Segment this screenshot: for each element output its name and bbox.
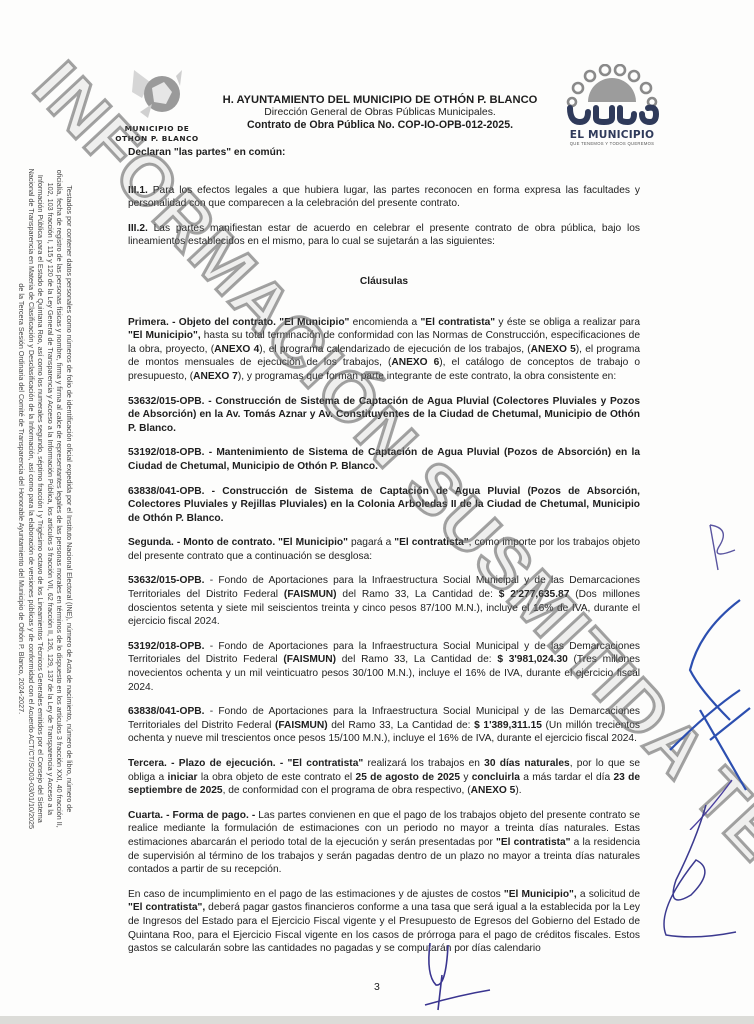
document-page: Testados por contener datos personales c… [0, 0, 754, 1016]
logo-brand-text: EL MUNICIPIO [558, 129, 666, 141]
sun-glyph-icon [562, 64, 662, 126]
margin-note-line: de la Tercera Sesión Ordinaria del Comit… [16, 59, 26, 939]
document-header: H. AYUNTAMIENTO DEL MUNICIPIO DE OTHÓN P… [210, 94, 550, 132]
clause-iii-2: III.2. Las partes manifiestan estar de a… [128, 222, 640, 249]
header-title: H. AYUNTAMIENTO DEL MUNICIPIO DE OTHÓN P… [210, 94, 550, 107]
monto-item: 53192/018-OPB. - Fondo de Aportaciones p… [128, 640, 640, 694]
margin-note-line: 102, 103 fracción I, 115 y 120 de la Ley… [45, 59, 55, 939]
monto-item: 63838/041-OPB. - Fondo de Aportaciones p… [128, 705, 640, 746]
clause-segunda: Segunda. - Monto de contrato. "El Munici… [128, 536, 640, 563]
margin-note-line: Nacional de Transparencia en Materia de … [26, 59, 36, 939]
margin-note-line: Testados por contener datos personales c… [64, 59, 74, 939]
clause-iii-1: III.1. Para los efectos legales a que hu… [128, 184, 640, 211]
municipio-logo: MUNICIPIO DE OTHÓN P. BLANCO [112, 68, 202, 144]
margin-note-line: oficialía, fecha de registro de las pers… [55, 59, 65, 939]
clause-primera: Primera. - Objeto del contrato. "El Muni… [128, 316, 640, 384]
declaration-heading: Declaran "las partes" en común: [128, 146, 640, 160]
initials-signature-2 [660, 590, 754, 830]
header-subtitle: Dirección General de Obras Públicas Muni… [210, 107, 550, 119]
municipio-emblem-icon [130, 68, 184, 120]
obra-item: 63838/041-OPB. - Construcción de Sistema… [128, 485, 640, 526]
initials-signature-3 [636, 800, 754, 940]
obra-item: 53192/018-OPB. - Mantenimiento de Sistem… [128, 446, 640, 473]
initials-signature-1 [690, 520, 750, 580]
clause-cuarta: Cuarta. - Forma de pago. - Las partes co… [128, 809, 640, 877]
clause-tercera: Tercera. - Plazo de ejecución. - "El con… [128, 757, 640, 798]
el-municipio-logo: EL MUNICIPIO QUE TENEMOS Y TODOS QUEREMO… [558, 64, 666, 146]
logo-label-line1: MUNICIPIO DE [112, 124, 202, 134]
clause-incumplimiento: En caso de incumplimiento en el pago de … [128, 888, 640, 956]
obra-item: 53632/015-OPB. - Construcción de Sistema… [128, 395, 640, 436]
margin-note-line: Información Pública para el Estado de Qu… [35, 59, 45, 939]
logo-label-line2: OTHÓN P. BLANCO [112, 134, 202, 144]
clausulas-heading: Cláusulas [128, 275, 640, 289]
privacy-margin-note: Testados por contener datos personales c… [16, 59, 74, 939]
contract-number: Contrato de Obra Pública No. COP-IO-OPB-… [210, 119, 550, 132]
page-number: 3 [374, 981, 380, 993]
contract-body: Declaran "las partes" en común: III.1. P… [128, 146, 640, 967]
monto-item: 53632/015-OPB. - Fondo de Aportaciones p… [128, 574, 640, 628]
